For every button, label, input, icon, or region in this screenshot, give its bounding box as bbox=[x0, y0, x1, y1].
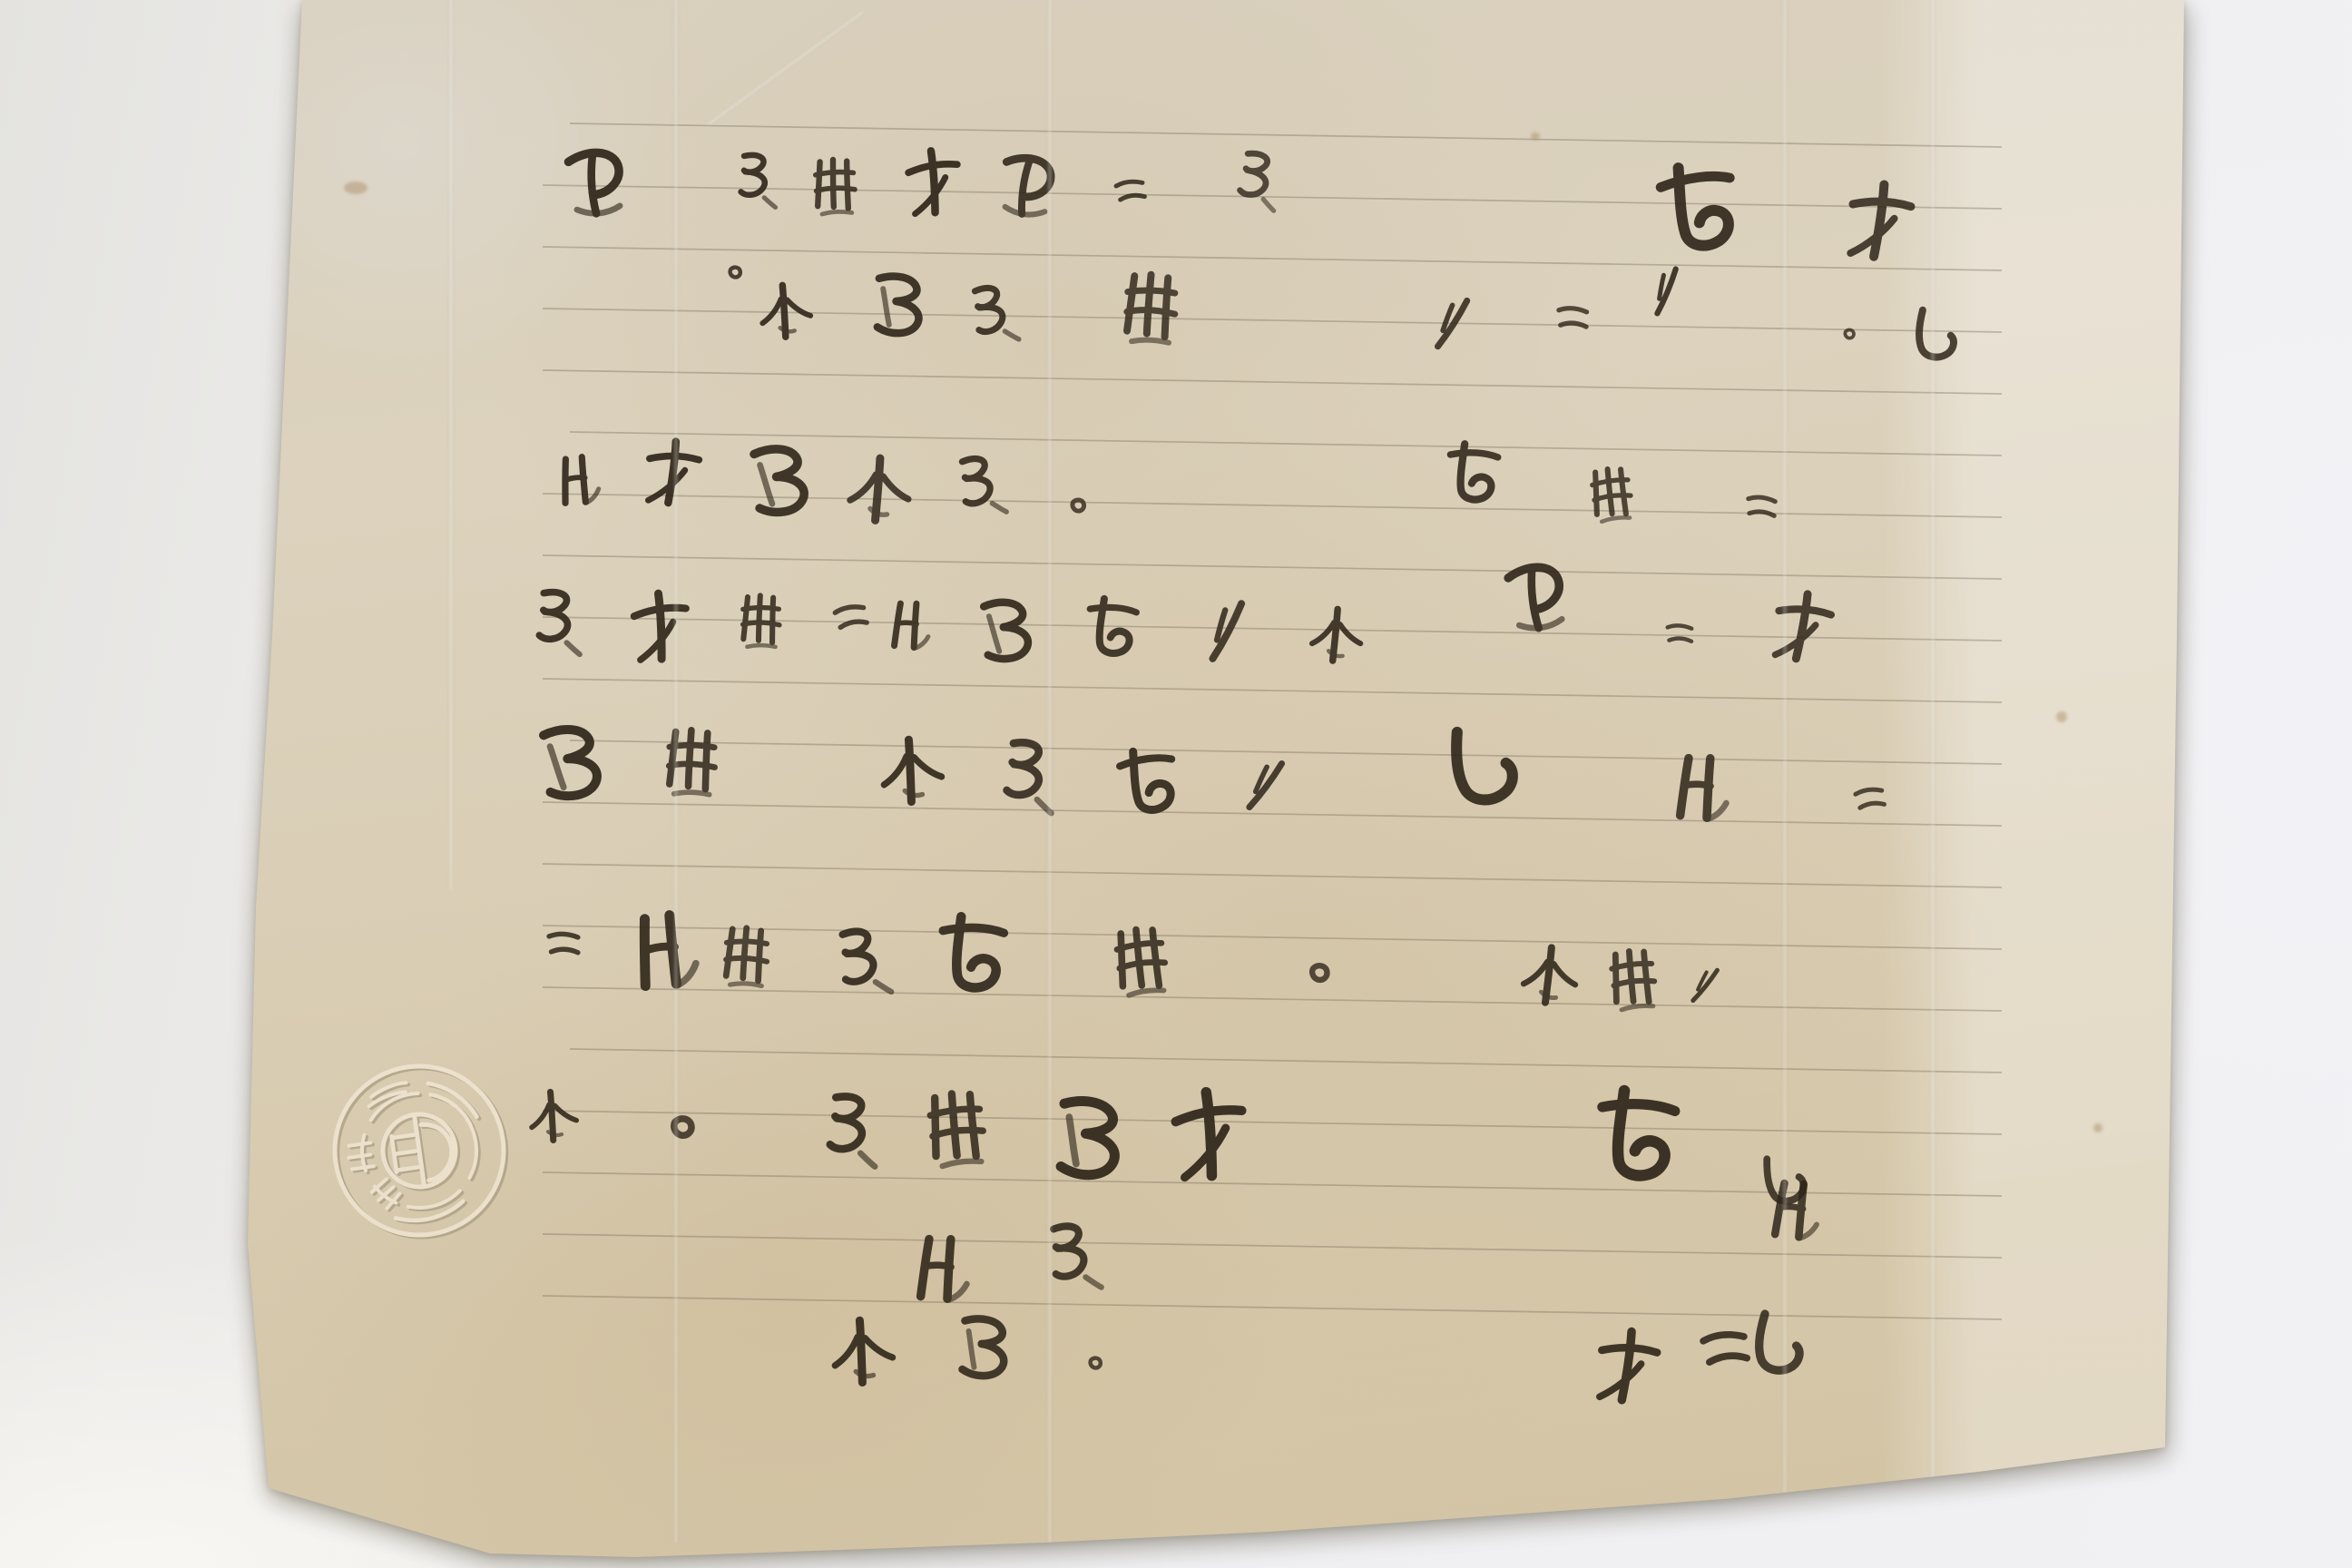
calligraphy-glyph bbox=[1917, 310, 1956, 359]
ruled-line bbox=[543, 185, 2002, 209]
calligraphy-glyph bbox=[1845, 329, 1854, 338]
ruled-line bbox=[570, 1049, 2002, 1073]
ruled-lines bbox=[0, 0, 2352, 1568]
calligraphy-glyph bbox=[1208, 603, 1246, 659]
calligraphy-glyph bbox=[1507, 564, 1564, 631]
paper-crease bbox=[1930, 0, 1935, 1506]
calligraphy-glyph bbox=[730, 268, 740, 278]
calligraphy-glyph bbox=[876, 275, 922, 334]
letter-paper bbox=[0, 0, 2352, 1568]
paper-stain bbox=[2056, 711, 2067, 722]
embossed-seal bbox=[328, 1060, 510, 1241]
calligraphy-glyph bbox=[1703, 1333, 1748, 1362]
ruled-line bbox=[543, 1172, 2002, 1196]
ruled-line bbox=[543, 1234, 2002, 1258]
calligraphy-glyph bbox=[741, 594, 781, 648]
calligraphy-glyph bbox=[1249, 761, 1282, 809]
ruled-line bbox=[570, 123, 2002, 147]
ruled-line bbox=[543, 617, 2002, 641]
calligraphy-glyph bbox=[759, 283, 812, 338]
calligraphy-glyph bbox=[1666, 624, 1692, 642]
calligraphy-glyph bbox=[674, 1119, 691, 1135]
ruled-line bbox=[543, 1111, 2002, 1134]
calligraphy-glyph bbox=[881, 738, 944, 804]
ruled-line bbox=[543, 987, 2002, 1011]
calligraphy-glyph bbox=[1438, 300, 1467, 346]
ruled-line bbox=[543, 864, 2002, 887]
ruled-line bbox=[570, 740, 2002, 764]
calligraphy-glyph bbox=[1085, 597, 1137, 655]
paper-stain bbox=[1531, 132, 1540, 140]
calligraphy-glyph bbox=[1773, 591, 1834, 662]
calligraphy-glyph bbox=[544, 727, 599, 798]
calligraphy-glyph bbox=[1522, 946, 1578, 1005]
calligraphy-glyph bbox=[1756, 1314, 1805, 1373]
calligraphy-glyph bbox=[1115, 927, 1167, 995]
calligraphy-glyph bbox=[632, 592, 691, 661]
ruled-line bbox=[543, 494, 2002, 517]
paper-crease bbox=[1782, 0, 1788, 1534]
calligraphy-glyph bbox=[568, 152, 622, 216]
seal-monogram-right bbox=[421, 1121, 456, 1181]
calligraphy-glyph bbox=[646, 439, 701, 505]
calligraphy-ink bbox=[0, 0, 2352, 1568]
photo-background bbox=[0, 0, 2352, 1568]
calligraphy-glyph bbox=[1004, 741, 1058, 813]
seal-relief-highlight bbox=[328, 1060, 510, 1241]
calligraphy-glyph bbox=[828, 1095, 881, 1166]
seal-monogram-left bbox=[391, 1133, 417, 1172]
calligraphy-glyph bbox=[1681, 756, 1730, 820]
paper-stain bbox=[344, 181, 367, 194]
calligraphy-glyph bbox=[1116, 181, 1145, 200]
calligraphy-glyph bbox=[666, 729, 717, 797]
calligraphy-glyph bbox=[816, 160, 855, 214]
calligraphy-glyph bbox=[1651, 269, 1683, 314]
calligraphy-glyph bbox=[723, 926, 769, 988]
calligraphy-glyph bbox=[1847, 181, 1913, 260]
calligraphy-glyph bbox=[835, 605, 867, 628]
calligraphy-glyph bbox=[1238, 152, 1283, 211]
calligraphy-glyph bbox=[1597, 1089, 1677, 1178]
calligraphy-glyph bbox=[1693, 968, 1718, 1003]
paper-crease bbox=[673, 0, 679, 1543]
seal-relief-shadow bbox=[328, 1060, 510, 1241]
paper-crease bbox=[1047, 0, 1053, 1552]
calligraphy-glyph bbox=[1591, 467, 1632, 522]
calligraphy-glyph bbox=[1611, 950, 1656, 1011]
ruled-line bbox=[543, 309, 2002, 332]
paper-stain bbox=[2093, 1123, 2102, 1132]
calligraphy-glyph bbox=[1312, 965, 1327, 980]
calligraphy-glyph bbox=[1052, 1224, 1102, 1291]
calligraphy-glyph bbox=[1856, 789, 1885, 808]
paper-crease bbox=[707, 10, 864, 126]
calligraphy-glyph bbox=[960, 1318, 1007, 1377]
calligraphy-glyph bbox=[939, 916, 1004, 990]
calligraphy-glyph bbox=[1747, 495, 1777, 516]
ruled-line bbox=[543, 926, 2002, 949]
calligraphy-glyph bbox=[1091, 1358, 1101, 1368]
calligraphy-glyph bbox=[1775, 1181, 1821, 1240]
calligraphy-glyph bbox=[841, 928, 892, 996]
calligraphy-glyph bbox=[563, 456, 599, 504]
calligraphy-glyph bbox=[538, 592, 583, 654]
calligraphy-glyph bbox=[906, 148, 962, 214]
calligraphy-glyph bbox=[894, 603, 931, 650]
ruled-line bbox=[570, 432, 2002, 456]
calligraphy-glyph bbox=[1073, 500, 1084, 511]
calligraphy-glyph bbox=[1173, 1089, 1249, 1179]
calligraphy-glyph bbox=[754, 447, 806, 514]
calligraphy-glyph bbox=[641, 914, 697, 987]
calligraphy-glyph bbox=[740, 154, 779, 207]
calligraphy-glyph bbox=[1659, 162, 1737, 250]
ruled-line bbox=[543, 679, 2002, 702]
calligraphy-glyph bbox=[1123, 273, 1178, 345]
calligraphy-glyph bbox=[548, 933, 579, 954]
calligraphy-glyph bbox=[1000, 155, 1053, 217]
calligraphy-glyph bbox=[1557, 307, 1588, 328]
calligraphy-glyph bbox=[849, 457, 910, 523]
calligraphy-glyph bbox=[1446, 443, 1499, 502]
seal-monogram-stem bbox=[415, 1116, 425, 1184]
calligraphy-glyph bbox=[1765, 1154, 1805, 1203]
ruled-line bbox=[543, 802, 2002, 826]
calligraphy-glyph bbox=[1311, 608, 1363, 663]
calligraphy-glyph bbox=[974, 285, 1019, 345]
paper-crease bbox=[448, 0, 454, 889]
calligraphy-glyph bbox=[961, 456, 1006, 516]
calligraphy-glyph bbox=[1597, 1328, 1659, 1403]
calligraphy-glyph bbox=[921, 1237, 971, 1301]
calligraphy-glyph bbox=[1058, 1100, 1119, 1178]
ruled-line bbox=[543, 555, 2002, 579]
calligraphy-glyph bbox=[929, 1092, 985, 1167]
ruled-line bbox=[543, 370, 2002, 394]
ruled-line bbox=[543, 1296, 2002, 1319]
calligraphy-glyph bbox=[832, 1318, 895, 1385]
ruled-line bbox=[543, 247, 2002, 270]
calligraphy-glyph bbox=[1455, 728, 1514, 802]
calligraphy-glyph bbox=[984, 601, 1029, 660]
paper-shadow bbox=[0, 0, 2352, 1568]
calligraphy-glyph bbox=[1119, 748, 1177, 813]
calligraphy-glyph bbox=[529, 1090, 578, 1142]
